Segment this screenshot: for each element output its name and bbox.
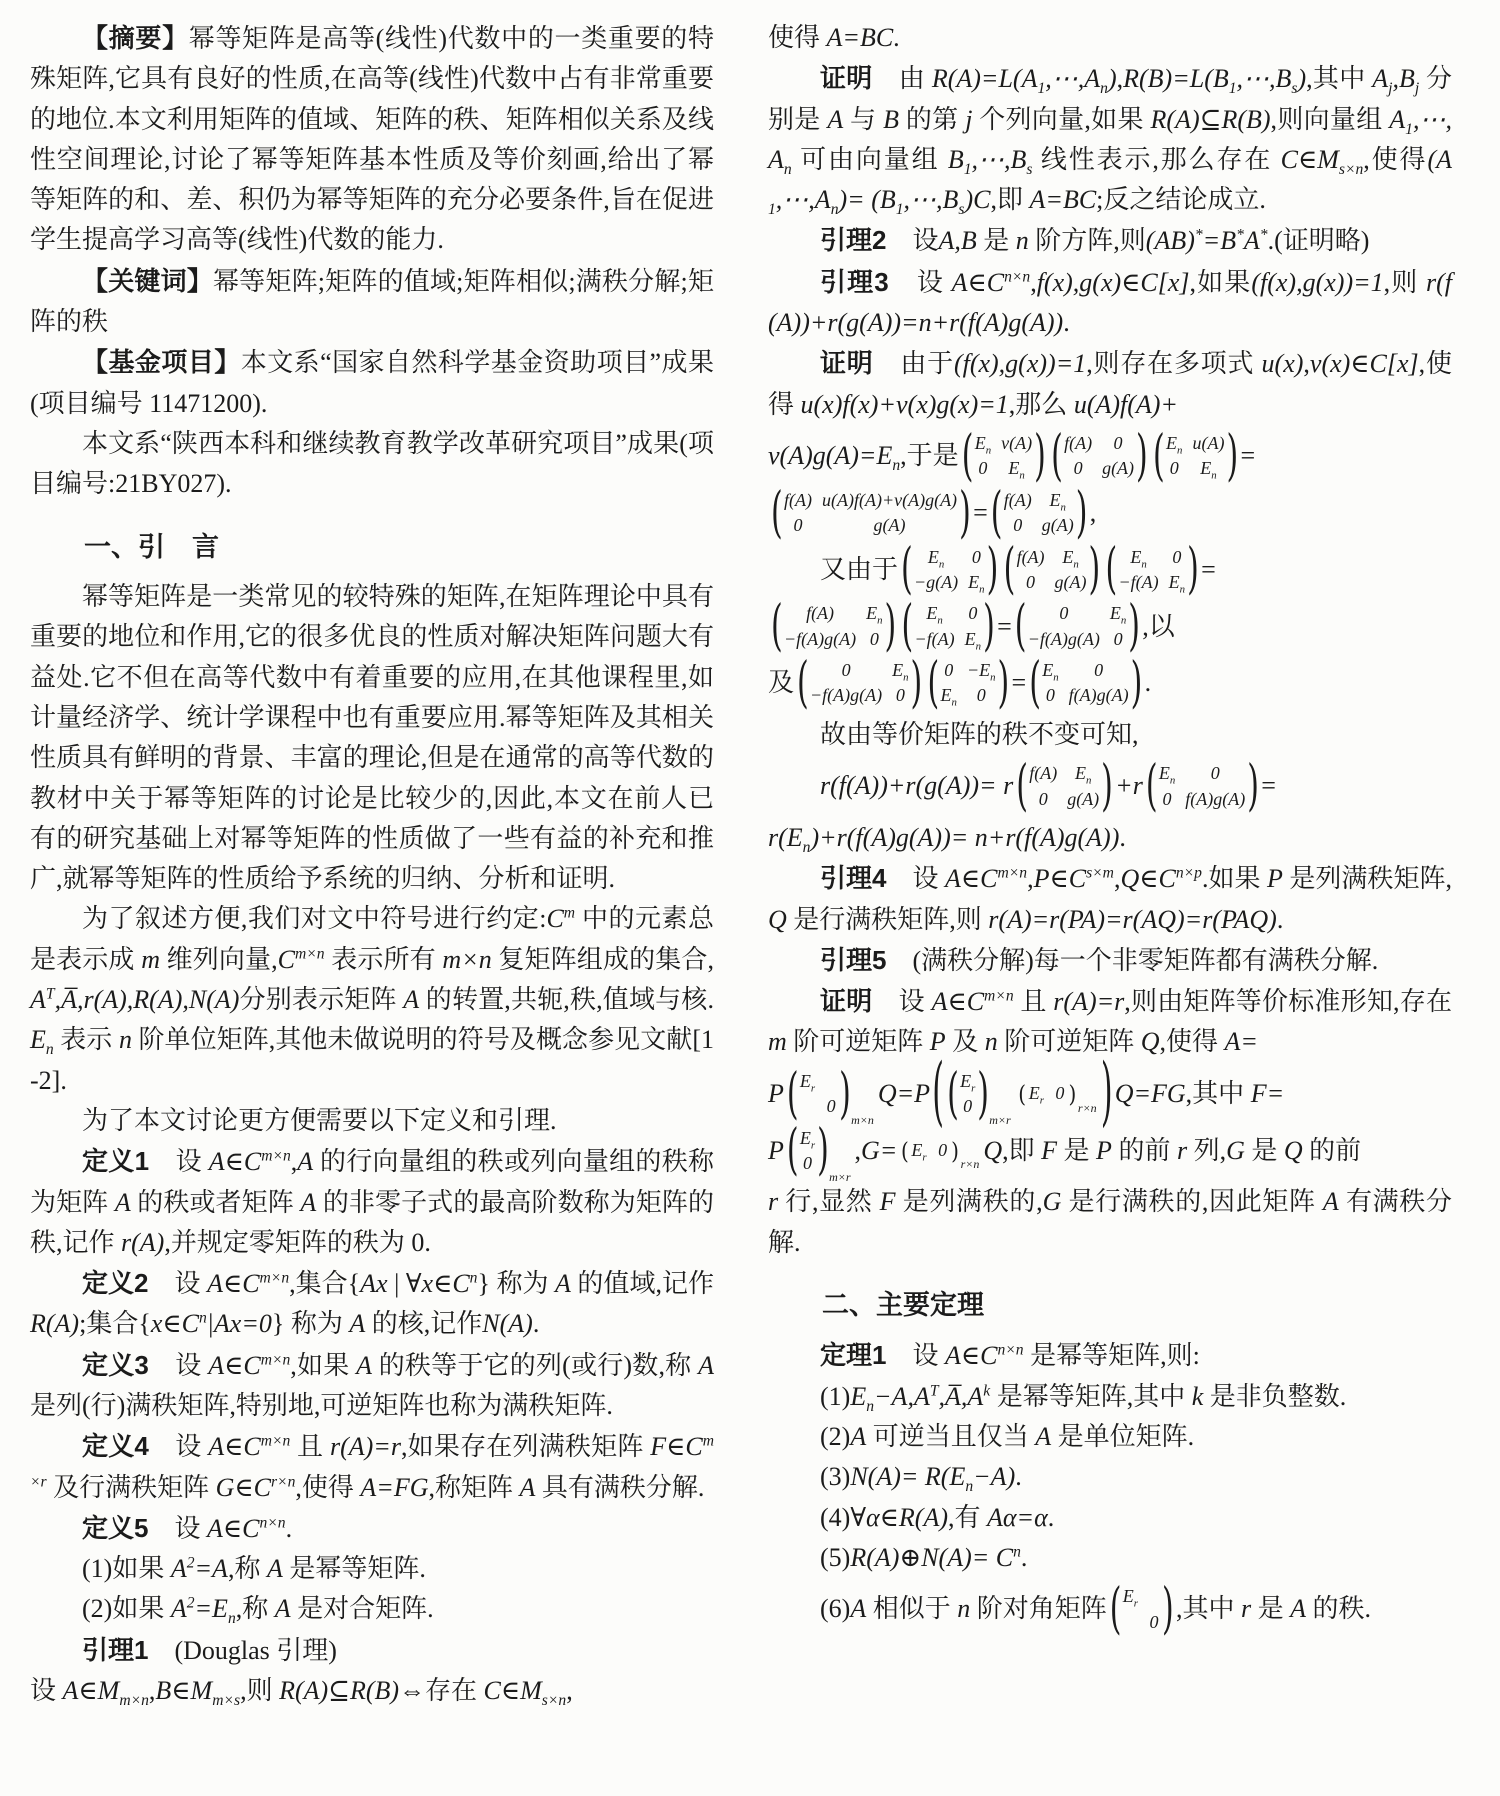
matrix-cell: f(A) xyxy=(1064,432,1092,455)
matrix: (Enu(A)0En) xyxy=(1153,431,1237,482)
matrix-grid: Er0 xyxy=(798,1126,817,1177)
matrix-paren: ( xyxy=(1051,420,1062,492)
matrix-grid: Er0 xyxy=(909,1138,950,1163)
matrix-cell: v(A) xyxy=(1001,432,1032,455)
matrix-cell: 0 xyxy=(1148,1611,1160,1634)
paragraph: (3)N(A)= R(En−A). xyxy=(768,1457,1452,1497)
matrix-cell: 0 xyxy=(975,684,987,707)
paragraph: 定义2 设 A∈Cm×n,集合{Ax | ∀x∈Cn} 称为 A 的值域,记作 … xyxy=(30,1263,714,1345)
matrix-cell: En xyxy=(926,602,942,625)
document-page: 【摘要】幂等矩阵是高等(线性)代数中的一类重要的特殊矩阵,它具有良好的性质,在高… xyxy=(0,0,1500,1796)
bold-label: 【摘要】 xyxy=(82,23,189,53)
text-run: , xyxy=(1090,495,1097,531)
bold-label: 引理5 xyxy=(820,945,886,975)
text-run: . xyxy=(1145,665,1152,701)
matrix-cell: −f(A)g(A) xyxy=(784,628,856,651)
matrix-cell: 0 xyxy=(943,659,955,682)
matrix-paren: ) xyxy=(959,477,970,549)
matrix-grid: Er0 xyxy=(1121,1584,1162,1635)
matrix-paren: ) xyxy=(1089,534,1100,606)
matrix-cell: Er xyxy=(911,1139,926,1162)
matrix-paren: ( xyxy=(787,1115,798,1187)
matrix-grid: En0−f(A)En xyxy=(1117,545,1188,596)
text-run: v(A)g(A)=En,于是 xyxy=(768,438,959,474)
matrix-grid: Enu(A)0En xyxy=(1164,431,1226,482)
matrix-cell: f(A)g(A) xyxy=(1185,788,1245,811)
matrix-paren: ( xyxy=(1018,1079,1027,1109)
matrix-paren: ) xyxy=(1162,1573,1173,1645)
matrix-cell: g(A) xyxy=(1067,788,1099,811)
matrix-cell: 0 xyxy=(1058,602,1070,625)
matrix: (En00f(A)g(A)) xyxy=(1146,761,1258,812)
matrix-paren: ( xyxy=(947,1058,958,1130)
matrix-cell: En xyxy=(1130,546,1146,569)
bold-label: 【基金项目】 xyxy=(82,347,241,377)
matrix-grid: 0−EnEn0 xyxy=(939,658,998,709)
matrix-cell: 0 xyxy=(1093,659,1105,682)
matrix-cell: En xyxy=(975,432,991,455)
bold-label: 引理1 xyxy=(82,1635,148,1665)
paragraph: (5)R(A)⊕N(A)= Cn. xyxy=(768,1538,1452,1578)
paragraph: 为了叙述方便,我们对文中符号进行约定:Cm 中的元素总是表示成 m 维列向量,C… xyxy=(30,899,714,1100)
matrix-paren: ) xyxy=(1101,1042,1113,1147)
math-line: 及(0En−f(A)g(A)0)(0−EnEn0)=(En00f(A)g(A))… xyxy=(768,658,1452,709)
bold-label: 定义2 xyxy=(82,1268,149,1298)
text-run: = xyxy=(997,609,1012,645)
bold-label: 证明 xyxy=(820,986,872,1016)
matrix-cell: 0 xyxy=(977,457,989,480)
paragraph: 设 A∈Mm×n,B∈Mm×s,则 R(A)⊆R(B)⇔存在 C∈Ms×n, xyxy=(30,1671,714,1711)
matrix-paren: ) xyxy=(817,1115,828,1187)
bold-label: 证明 xyxy=(820,63,873,93)
matrix-cell: 0 xyxy=(1161,788,1173,811)
paragraph: 证明 由 R(A)=L(A1,⋯,An),R(B)=L(B1,⋯,Bs),其中 … xyxy=(768,58,1452,220)
paragraph: r 行,显然 F 是列满秩的,G 是行满秩的,因此矩阵 A 有满秩分解. xyxy=(768,1182,1452,1263)
paragraph: 引理5 (满秩分解)每一个非零矩阵都有满秩分解. xyxy=(768,940,1452,981)
bold-label: 定义1 xyxy=(82,1146,149,1176)
paragraph: (2)如果 A2=En,称 A 是对合矩阵. xyxy=(30,1589,714,1629)
matrix-group-content: (Er0)m×r(Er0)r×n xyxy=(944,1069,1101,1120)
matrix-cell: 0 xyxy=(792,514,804,537)
math-line: 又由于(En0−g(A)En)(f(A)En0g(A))(En0−f(A)En)… xyxy=(768,545,1452,596)
matrix: (Er0)m×r xyxy=(787,1126,852,1177)
matrix-cell: 0 xyxy=(1112,432,1124,455)
paragraph: 【基金项目】本文系“国家自然科学基金资助项目”成果(项目编号 11471200)… xyxy=(30,342,714,424)
matrix-paren: ) xyxy=(983,591,994,663)
matrix-cell: En xyxy=(1169,571,1185,594)
matrix-paren: ( xyxy=(928,647,939,719)
matrix-cell: g(A) xyxy=(1102,457,1134,480)
math-line: (f(A)En−f(A)g(A)0)(En0−f(A)En)=(0En−f(A)… xyxy=(768,601,1452,652)
matrix: (f(A)En0g(A)) xyxy=(1016,761,1112,812)
math-line: P(Er0)m×nQ=P((Er0)m×r(Er0)r×n)Q=FG,其中 F= xyxy=(768,1069,1452,1120)
matrix-subscript: m×r xyxy=(989,1113,1010,1129)
matrix-grid: En0−g(A)En xyxy=(912,545,987,596)
matrix-paren: ) xyxy=(1076,477,1087,549)
matrix-cell: 0 xyxy=(1037,788,1049,811)
matrix-grid: Er0 xyxy=(798,1069,839,1120)
matrix-group: ((Er0)m×r(Er0)r×n) xyxy=(932,1069,1113,1120)
matrix-paren: ( xyxy=(1106,534,1117,606)
matrix-paren: ) xyxy=(1187,534,1198,606)
matrix-paren: ) xyxy=(1068,1079,1077,1109)
matrix-cell: Er xyxy=(800,1070,815,1093)
matrix-cell: 0 xyxy=(1025,571,1037,594)
bold-label: 定义5 xyxy=(82,1513,148,1543)
matrix-cell: En xyxy=(1075,762,1091,785)
matrix-paren: ) xyxy=(1247,750,1258,822)
matrix-paren: ) xyxy=(998,647,1009,719)
text-run: P xyxy=(768,1133,784,1169)
matrix-cell: Er xyxy=(800,1127,815,1150)
bold-label: 引理2 xyxy=(820,225,886,255)
text-run: Q=P xyxy=(878,1076,930,1112)
paragraph: 引理2 设A,B 是 n 阶方阵,则(AB)*=B*A*.(证明略) xyxy=(768,220,1452,261)
matrix-paren: ( xyxy=(900,1136,909,1166)
matrix-paren: ) xyxy=(839,1058,850,1130)
left-column: 【摘要】幂等矩阵是高等(线性)代数中的一类重要的特殊矩阵,它具有良好的性质,在高… xyxy=(30,18,714,1796)
text-run: 又由于 xyxy=(820,552,898,588)
matrix-subscript: m×r xyxy=(829,1170,850,1186)
matrix: (0En−f(A)g(A)0) xyxy=(1015,601,1140,652)
matrix-grid: 0En−f(A)g(A)0 xyxy=(808,658,911,709)
paragraph: 定义3 设 A∈Cm×n,如果 A 的秩等于它的列(或行)数,称 A 是列(行)… xyxy=(30,1345,714,1427)
text-run: = xyxy=(1240,438,1255,474)
text-run: Q=FG,其中 F= xyxy=(1115,1076,1284,1112)
text-run: 及 xyxy=(768,665,794,701)
text-run: (6)A 相似于 n 阶对角矩阵 xyxy=(820,1591,1107,1627)
paragraph: 定义1 设 A∈Cm×n,A 的行向量组的秩或列向量组的秩称为矩阵 A 的秩或者… xyxy=(30,1141,714,1263)
text-run: ,G= xyxy=(855,1133,898,1169)
matrix-cell: Er xyxy=(1029,1082,1044,1105)
matrix-cell: En xyxy=(941,684,957,707)
matrix: (En0−f(A)En) xyxy=(902,601,995,652)
matrix-paren: ) xyxy=(977,1058,988,1130)
matrix-cell: En xyxy=(1008,457,1024,480)
matrix-cell: En xyxy=(1110,602,1126,625)
paragraph: 定理1 设 A∈Cn×n 是幂等矩阵,则: xyxy=(768,1335,1452,1376)
matrix-grid: f(A)En0g(A) xyxy=(1002,488,1076,539)
matrix-grid: f(A)En0g(A) xyxy=(1015,545,1089,596)
paragraph: 为了本文讨论更方便需要以下定义和引理. xyxy=(30,1101,714,1141)
matrix-paren: ) xyxy=(1034,420,1045,492)
matrix-paren: ) xyxy=(885,591,896,663)
matrix-grid: Er0 xyxy=(958,1069,977,1120)
matrix-cell: f(A) xyxy=(806,602,834,625)
paragraph: 引理1 (Douglas 引理) xyxy=(30,1630,714,1671)
matrix-grid: En00f(A)g(A) xyxy=(1157,761,1247,812)
matrix-cell: 0 xyxy=(840,659,852,682)
paragraph: r(En)+r(f(A)g(A))= n+r(f(A)g(A)). xyxy=(768,818,1452,858)
matrix-cell: En xyxy=(928,546,944,569)
matrix: (En0−g(A)En) xyxy=(901,545,998,596)
matrix-cell: f(A) xyxy=(1004,489,1032,512)
matrix-cell: En xyxy=(892,659,908,682)
matrix-cell: 0 xyxy=(967,602,979,625)
paragraph: (4)∀α∈R(A),有 Aα=α. xyxy=(768,1498,1452,1538)
matrix-cell: 0 xyxy=(970,546,982,569)
matrix-paren: ) xyxy=(1136,420,1147,492)
matrix-cell: En xyxy=(1042,659,1058,682)
text-run: ,以 xyxy=(1142,609,1175,645)
matrix-cell: En xyxy=(1166,432,1182,455)
paragraph: 定义4 设 A∈Cm×n 且 r(A)=r,如果存在列满秩矩阵 F∈Cm×r 及… xyxy=(30,1426,714,1508)
bold-label: 定理1 xyxy=(820,1340,886,1370)
math-line: (f(A)u(A)f(A)+v(A)g(A)0g(A))=(f(A)En0g(A… xyxy=(768,488,1452,539)
matrix-cell: 0 xyxy=(962,1095,974,1118)
text-run: r(f(A))+r(g(A))= r xyxy=(820,768,1013,804)
matrix: (0−EnEn0) xyxy=(928,658,1009,709)
paragraph: 引理4 设 A∈Cm×n,P∈Cs×m,Q∈Cn×p.如果 P 是列满秩矩阵,Q… xyxy=(768,858,1452,940)
text-run: +r xyxy=(1115,768,1143,804)
matrix-cell: −En xyxy=(967,659,996,682)
matrix-cell: Er xyxy=(1123,1585,1138,1608)
math-line: (6)A 相似于 n 阶对角矩阵(Er0),其中 r 是 A 的秩. xyxy=(768,1584,1452,1635)
matrix-paren: ( xyxy=(1146,750,1157,822)
matrix-grid: f(A)En−f(A)g(A)0 xyxy=(782,601,885,652)
matrix: (En00f(A)g(A)) xyxy=(1029,658,1141,709)
matrix: (0En−f(A)g(A)0) xyxy=(797,658,922,709)
paragraph: (2)A 可逆当且仅当 A 是单位矩阵. xyxy=(768,1417,1452,1457)
matrix-cell: 0 xyxy=(868,628,880,651)
right-column: 使得 A=BC.证明 由 R(A)=L(A1,⋯,An),R(B)=L(B1,⋯… xyxy=(768,18,1452,1796)
matrix-paren: ) xyxy=(1101,750,1112,822)
matrix-cell: f(A) xyxy=(1017,546,1045,569)
bold-label: 引理3 xyxy=(820,267,889,297)
matrix-grid: 0En−f(A)g(A)0 xyxy=(1026,601,1129,652)
matrix: (En0−f(A)En) xyxy=(1106,545,1199,596)
section-heading: 二、主要定理 xyxy=(768,1285,1452,1326)
matrix: (Er0)m×n xyxy=(787,1069,875,1120)
matrix-paren: ( xyxy=(1110,1573,1121,1645)
matrix-grid: f(A)00g(A) xyxy=(1062,431,1136,482)
matrix-paren: ) xyxy=(911,647,922,719)
matrix-cell: −g(A) xyxy=(914,571,958,594)
paragraph: 使得 A=BC. xyxy=(768,18,1452,58)
matrix: (Er0) xyxy=(1110,1584,1173,1635)
matrix-cell: −f(A)g(A) xyxy=(810,684,882,707)
paragraph: 证明 由于(f(x),g(x))=1,则存在多项式 u(x),v(x)∈C[x]… xyxy=(768,343,1452,425)
matrix: (Er0)r×n xyxy=(1018,1081,1098,1107)
paragraph: 幂等矩阵是一类常见的较特殊的矩阵,在矩阵理论中具有重要的地位和作用,它的很多优良… xyxy=(30,577,714,899)
bold-label: 【关键词】 xyxy=(82,266,213,296)
text-run: = xyxy=(973,495,988,531)
matrix-cell: En xyxy=(1159,762,1175,785)
bold-label: 定义3 xyxy=(82,1350,149,1380)
paragraph: 【关键词】幂等矩阵;矩阵的值域;矩阵相似;满秩分解;矩阵的秩 xyxy=(30,261,714,343)
matrix-cell: Er xyxy=(960,1070,975,1093)
bold-label: 定义4 xyxy=(82,1431,149,1461)
paragraph: 引理3 设 A∈Cn×n,f(x),g(x)∈C[x],如果(f(x),g(x)… xyxy=(768,262,1452,344)
matrix-grid: Er0 xyxy=(1027,1081,1068,1106)
matrix-cell: f(A) xyxy=(1029,762,1057,785)
matrix-paren: ) xyxy=(1226,420,1237,492)
matrix-paren: ( xyxy=(1029,647,1040,719)
matrix-paren: ) xyxy=(1131,647,1142,719)
paragraph: 定义5 设 A∈Cn×n. xyxy=(30,1508,714,1549)
matrix: (f(A)En−f(A)g(A)0) xyxy=(771,601,896,652)
matrix-subscript: m×n xyxy=(851,1113,874,1129)
matrix-grid: Env(A)0En xyxy=(973,431,1034,482)
matrix-cell: g(A) xyxy=(1055,571,1087,594)
text-run: = xyxy=(1012,665,1027,701)
matrix: (f(A)00g(A)) xyxy=(1051,431,1147,482)
matrix-grid: En00f(A)g(A) xyxy=(1040,658,1130,709)
matrix-cell: 0 xyxy=(1168,457,1180,480)
bold-label: 引理4 xyxy=(820,863,886,893)
matrix-cell: u(A)f(A)+v(A)g(A) xyxy=(822,489,957,512)
matrix-cell: 0 xyxy=(1054,1082,1066,1105)
paragraph: (1)如果 A2=A,称 A 是幂等矩阵. xyxy=(30,1549,714,1589)
matrix-cell: 0 xyxy=(1171,546,1183,569)
matrix-paren: ) xyxy=(951,1136,960,1166)
matrix: (f(A)u(A)f(A)+v(A)g(A)0g(A)) xyxy=(771,488,970,539)
section-heading: 一、引 言 xyxy=(30,527,714,568)
matrix-subscript: r×n xyxy=(1078,1101,1097,1117)
matrix-grid: f(A)u(A)f(A)+v(A)g(A)0g(A) xyxy=(782,488,959,539)
matrix-cell: En xyxy=(866,602,882,625)
matrix: (Env(A)0En) xyxy=(962,431,1045,482)
matrix: (f(A)En0g(A)) xyxy=(1004,545,1100,596)
matrix: (f(A)En0g(A)) xyxy=(991,488,1087,539)
matrix-cell: g(A) xyxy=(1042,514,1074,537)
paragraph: (1)En−A,AT,A̅,Ak 是幂等矩阵,其中 k 是非负整数. xyxy=(768,1377,1452,1417)
matrix-paren: ( xyxy=(771,591,782,663)
matrix-paren: ( xyxy=(1004,534,1015,606)
matrix-cell: En xyxy=(1200,457,1216,480)
matrix-paren: ( xyxy=(932,1042,944,1147)
math-line: r(f(A))+r(g(A))= r(f(A)En0g(A))+r(En00f(… xyxy=(768,761,1452,812)
matrix-cell: En xyxy=(965,628,981,651)
text-run: ,其中 r 是 A 的秩. xyxy=(1176,1591,1371,1627)
matrix-paren: ( xyxy=(1016,750,1027,822)
paragraph: 故由等价矩阵的秩不变可知, xyxy=(768,715,1452,755)
matrix-cell: f(A) xyxy=(784,489,812,512)
matrix-cell: 0 xyxy=(1209,762,1221,785)
matrix-cell: 0 xyxy=(894,684,906,707)
matrix-grid: f(A)En0g(A) xyxy=(1027,761,1101,812)
text-run: = xyxy=(1261,768,1276,804)
matrix-cell: 0 xyxy=(1112,628,1124,651)
matrix-paren: ( xyxy=(771,477,782,549)
matrix-paren: ( xyxy=(1153,420,1164,492)
matrix-grid: En0−f(A)En xyxy=(913,601,984,652)
matrix-cell: 0 xyxy=(1044,684,1056,707)
matrix-cell: u(A) xyxy=(1192,432,1224,455)
matrix: (Er0)m×r xyxy=(947,1069,1012,1120)
matrix-paren: ( xyxy=(1015,591,1026,663)
text-run: P xyxy=(768,1076,784,1112)
text-run: Q,即 F 是 P 的前 r 列,G 是 Q 的前 xyxy=(983,1133,1361,1169)
text-run: = xyxy=(1201,552,1216,588)
matrix-paren: ( xyxy=(797,647,808,719)
matrix-cell: 0 xyxy=(801,1152,813,1175)
matrix-cell: f(A)g(A) xyxy=(1069,684,1129,707)
matrix-subscript: r×n xyxy=(961,1157,980,1173)
bold-label: 证明 xyxy=(820,348,874,378)
paragraph: 本文系“陕西本科和继续教育教学改革研究项目”成果(项目编号:21BY027). xyxy=(30,424,714,505)
paragraph: 【摘要】幂等矩阵是高等(线性)代数中的一类重要的特殊矩阵,它具有良好的性质,在高… xyxy=(30,18,714,261)
math-line: v(A)g(A)=En,于是(Env(A)0En)(f(A)00g(A))(En… xyxy=(768,431,1452,482)
